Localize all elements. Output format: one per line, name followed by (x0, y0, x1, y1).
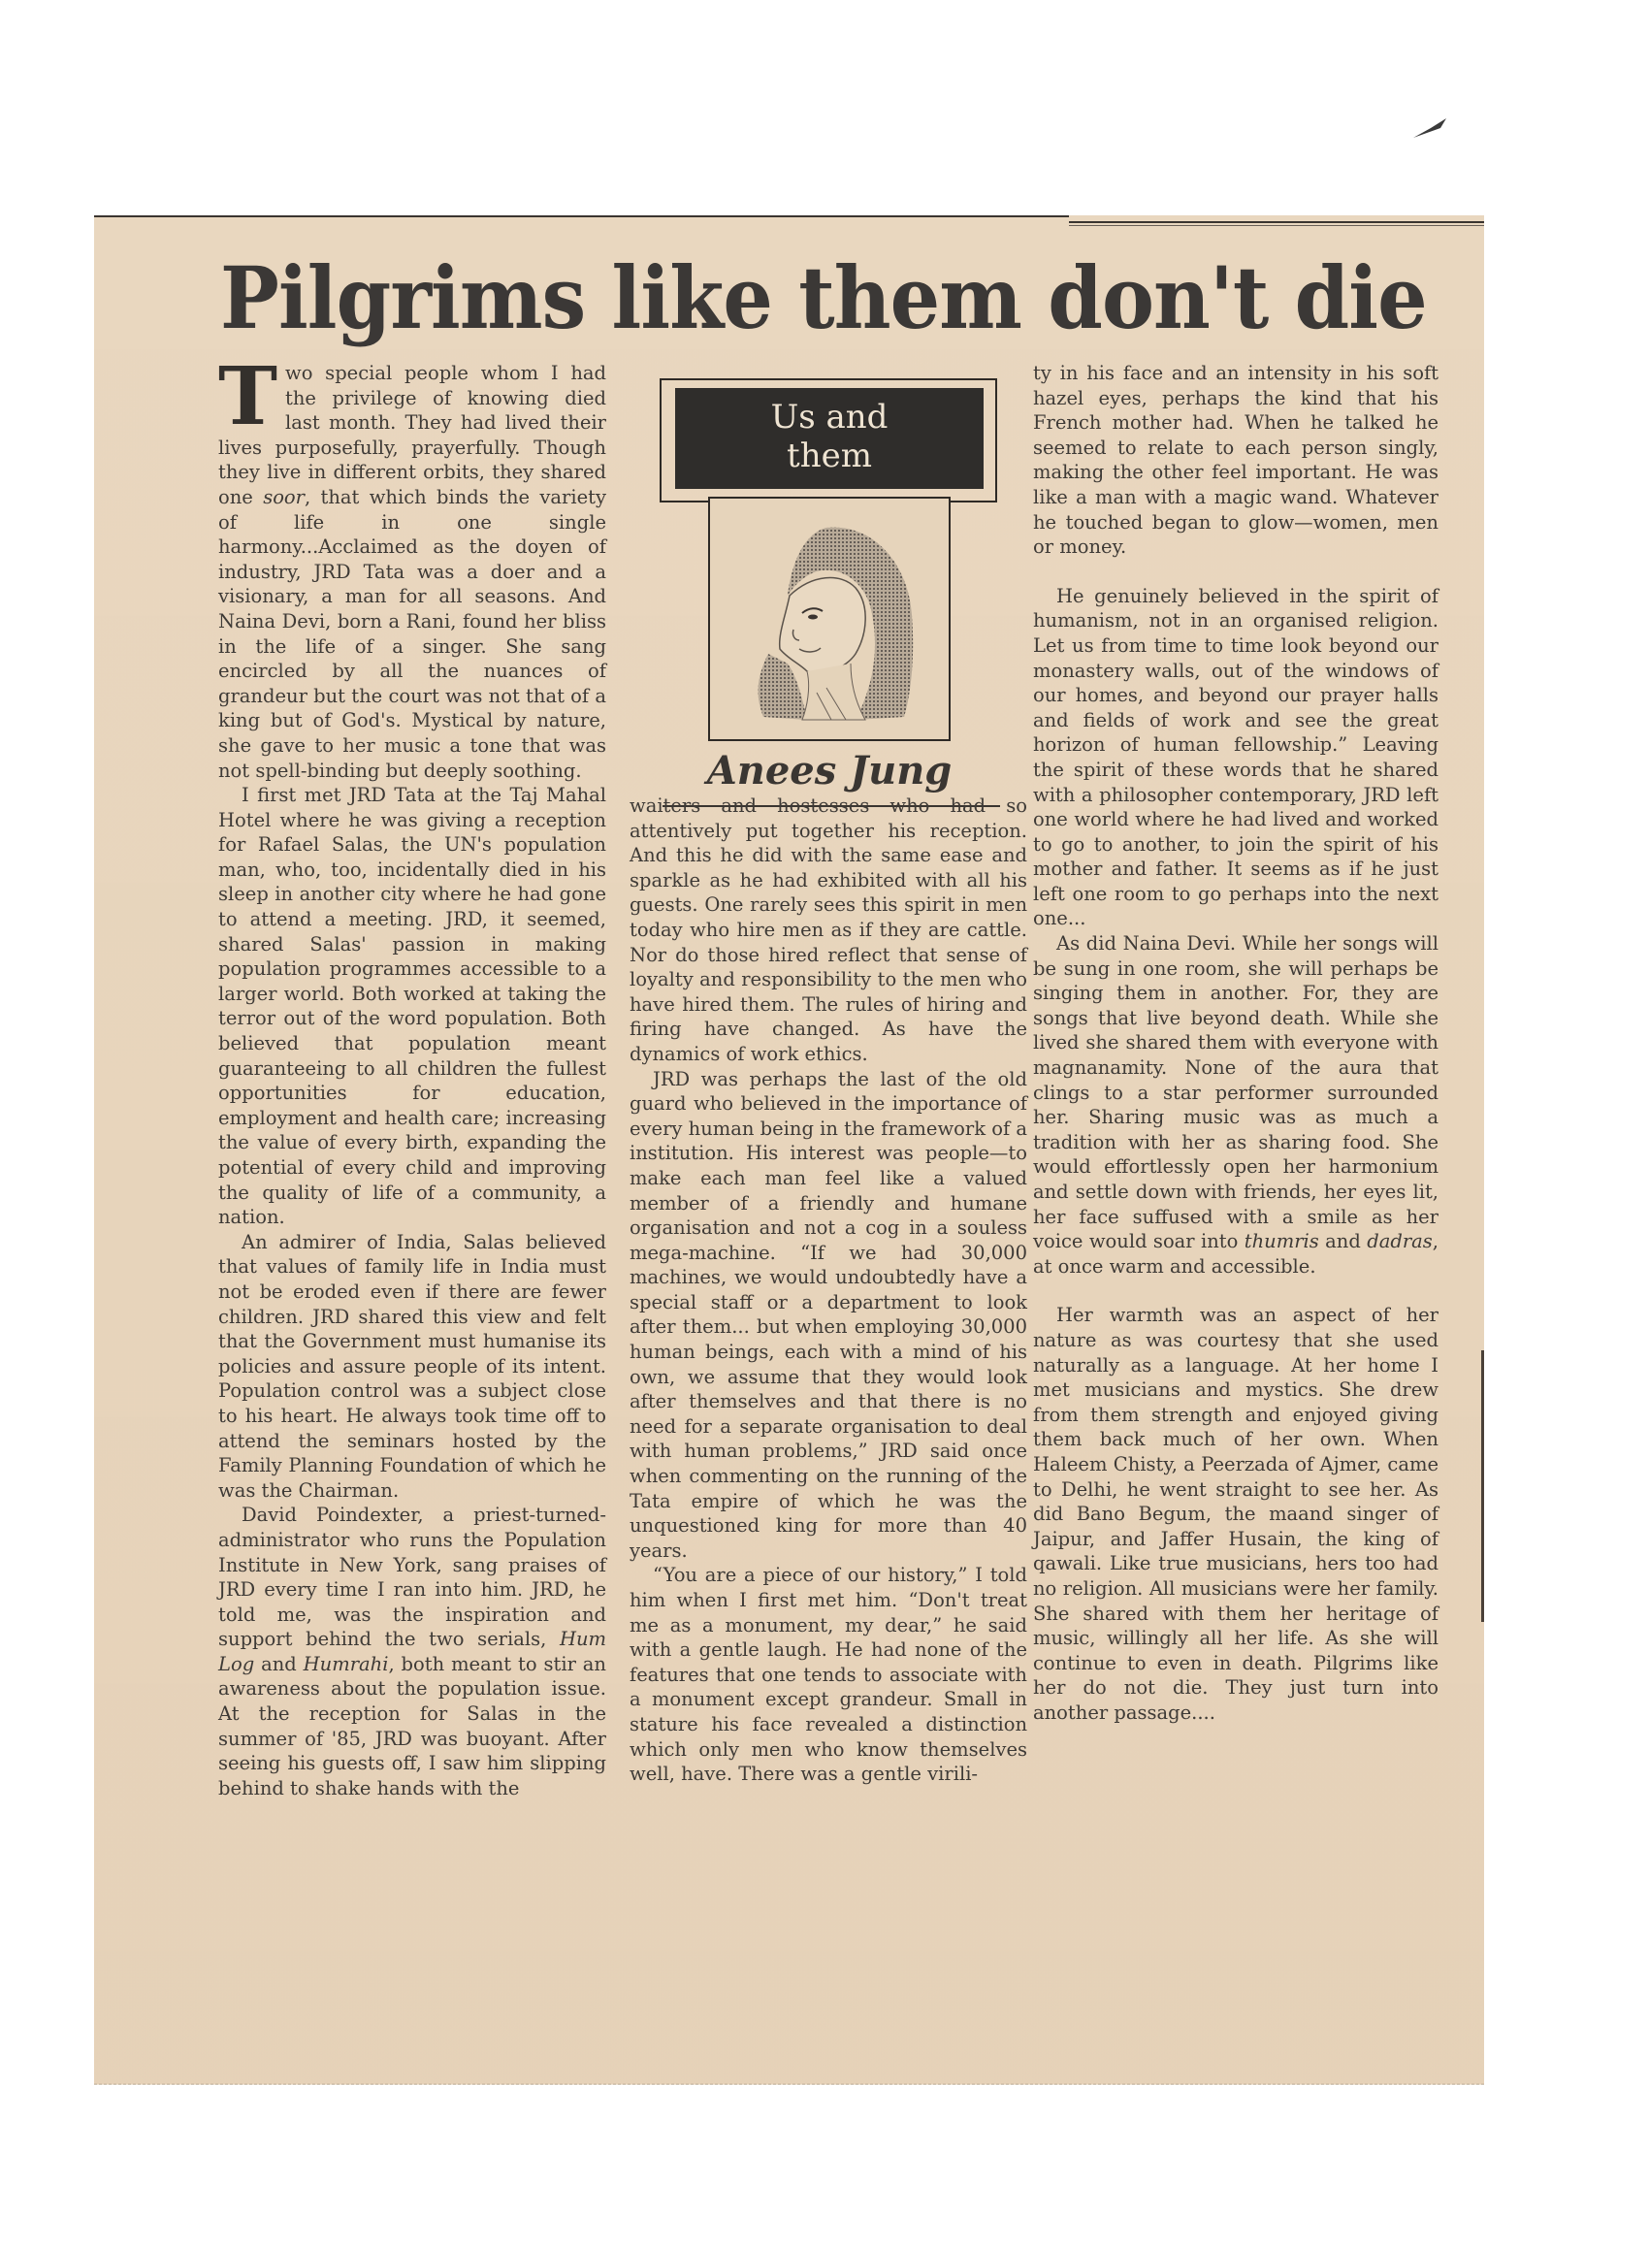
paragraph: He genuinely believed in the spirit of h… (1033, 584, 1439, 931)
author-portrait (708, 497, 951, 741)
scan-mark-icon (1411, 114, 1450, 144)
column-title-line: them (675, 437, 984, 475)
drop-cap: T (218, 365, 277, 429)
paragraph: waiters and hostesses who had so attenti… (630, 794, 1027, 1067)
column-edge-rule (1481, 1350, 1484, 1622)
paragraph: Her warmth was an aspect of her nature a… (1033, 1303, 1439, 1725)
column-logo: Us and them (660, 378, 999, 757)
portrait-sketch-icon (710, 499, 949, 739)
paragraph: As did Naina Devi. While her songs will … (1033, 931, 1439, 1279)
paragraph: I first met JRD Tata at the Taj Mahal Ho… (218, 783, 606, 1230)
paragraph: JRD was perhaps the last of the old guar… (630, 1067, 1027, 1564)
paragraph: ty in his face and an intensity in his s… (1033, 361, 1439, 560)
article-column-2: waiters and hostesses who had so attenti… (630, 794, 1027, 1787)
article-column-3: ty in his face and an intensity in his s… (1033, 361, 1439, 1725)
top-rule (1069, 221, 1484, 223)
paragraph: Two special people whom I had the privil… (218, 361, 606, 783)
paragraph: David Poindexter, a priest-turned-admini… (218, 1503, 606, 1800)
paragraph: An admirer of India, Salas believed that… (218, 1230, 606, 1504)
column-title-box: Us and them (675, 388, 984, 489)
top-rule (94, 215, 1069, 217)
headline: Pilgrims like them don't die (220, 244, 1380, 351)
author-byline: Anees Jung (660, 747, 999, 795)
article-column-1: Two special people whom I had the privil… (218, 361, 606, 1800)
newspaper-clipping: Pilgrims like them don't die Two special… (94, 215, 1484, 2085)
paragraph: “You are a piece of our history,” I told… (630, 1563, 1027, 1786)
top-rule (1069, 225, 1484, 226)
column-title-line: Us and (675, 398, 984, 437)
